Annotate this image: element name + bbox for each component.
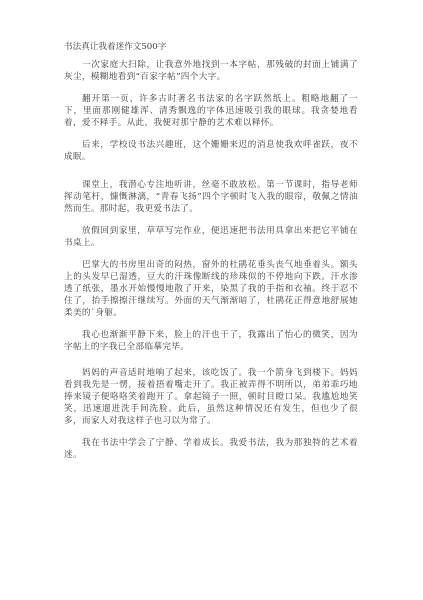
paragraph: 放假回到家里，草草写完作业，便迅速把书法用具拿出来把它平铺在书桌上。 [64,225,358,249]
paragraph: 后来，学校设书法兴趣班，这个姗姗来迟的消息使我欢呼雀跃，夜不成眠。 [64,139,358,163]
paragraph: 一次家庭大扫除，让我意外地找到一本字帖，那残破的封面上铺满了灰尘，模糊地看到“百… [64,59,358,83]
document-page: 书法真让我着迷作文500字 一次家庭大扫除，让我意外地找到一本字帖，那残破的封面… [0,0,423,600]
paragraph: 我在书法中学会了宁静、学着成长。我爱书法，我为那独特的艺术着迷。 [64,437,358,461]
paragraph: 巴掌大的书房里出奇的闷热，窗外的杜鹃花垂头丧气地垂着头。额头上的头发早已湿透，豆… [64,259,358,319]
document-title: 书法真让我着迷作文500字 [64,41,358,53]
paragraph: 我心也渐渐平静下来，脸上的汗也干了，我露出了怡心的微笑，因为字帖上的字我已全部临… [64,329,358,353]
paragraph: 翻开第一页，许多古时著名书法家的名字跃然纸上。粗略地翻了一下，里面那刚健雄浑、清… [64,93,358,129]
paragraph: 妈妈的声音适时地响了起来，该吃饭了。我一个箭身飞到楼下。妈妈看到我先是一愣，接着… [64,367,358,427]
document-body: 书法真让我着迷作文500字 一次家庭大扫除，让我意外地找到一本字帖，那残破的封面… [64,41,358,471]
paragraph: 课堂上，我潜心专注地听讲，丝毫不敢放松。第一节课时，指导老师挥动笔杆，慷慨淋漓，… [64,179,358,215]
